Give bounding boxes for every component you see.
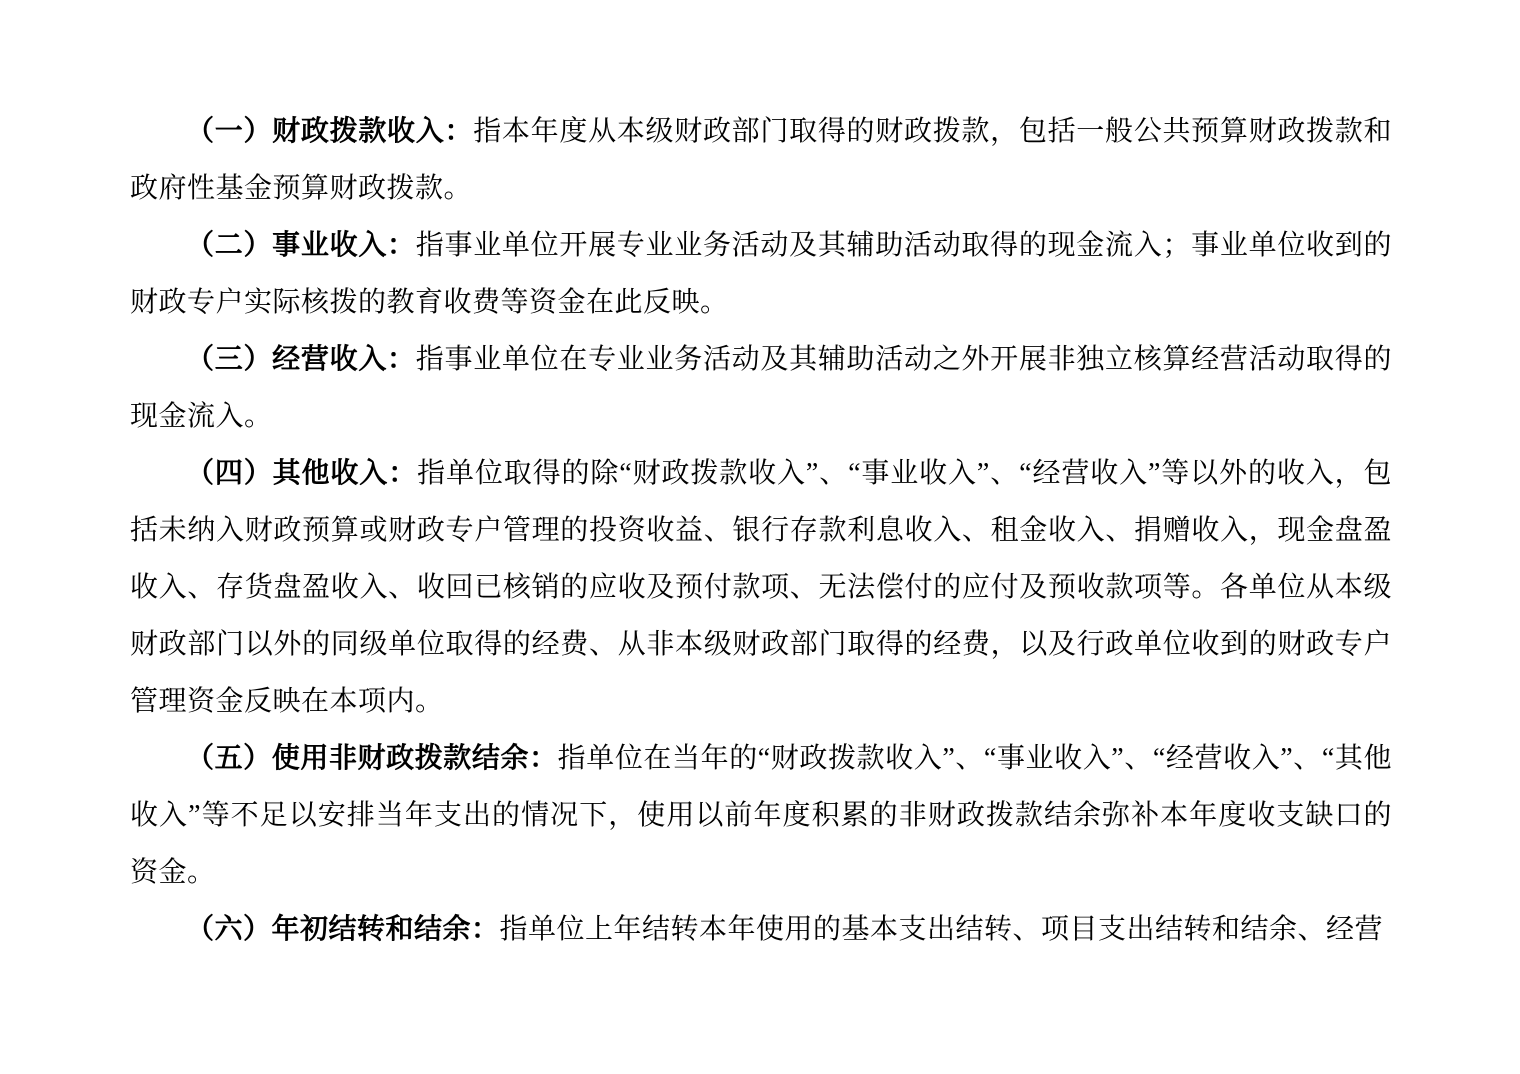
paragraph: （一）财政拨款收入：指本年度从本级财政部门取得的财政拨款，包括一般公共预算财政拨… bbox=[130, 103, 1392, 217]
paragraph: （六）年初结转和结余：指单位上年结转本年使用的基本支出结转、项目支出结转和结余、… bbox=[130, 901, 1392, 958]
paragraph-label: （一）财政拨款收入： bbox=[186, 116, 473, 147]
document-body: （一）财政拨款收入：指本年度从本级财政部门取得的财政拨款，包括一般公共预算财政拨… bbox=[130, 103, 1392, 958]
paragraph: （二）事业收入：指事业单位开展专业业务活动及其辅助活动取得的现金流入；事业单位收… bbox=[130, 217, 1392, 331]
document-page: （一）财政拨款收入：指本年度从本级财政部门取得的财政拨款，包括一般公共预算财政拨… bbox=[0, 0, 1520, 1074]
paragraph: （四）其他收入：指单位取得的除“财政拨款收入”、“事业收入”、“经营收入”等以外… bbox=[130, 445, 1392, 730]
paragraph-label: （六）年初结转和结余： bbox=[186, 914, 500, 945]
paragraph-label: （二）事业收入： bbox=[186, 230, 416, 261]
paragraph: （五）使用非财政拨款结余：指单位在当年的“财政拨款收入”、“事业收入”、“经营收… bbox=[130, 730, 1392, 901]
paragraph-body: 指单位上年结转本年使用的基本支出结转、项目支出结转和结余、经营 bbox=[500, 914, 1384, 945]
paragraph: （三）经营收入：指事业单位在专业业务活动及其辅助活动之外开展非独立核算经营活动取… bbox=[130, 331, 1392, 445]
paragraph-label: （五）使用非财政拨款结余： bbox=[186, 743, 558, 774]
paragraph-body: 指单位取得的除“财政拨款收入”、“事业收入”、“经营收入”等以外的收入，包括未纳… bbox=[130, 458, 1392, 717]
paragraph-label: （三）经营收入： bbox=[186, 344, 416, 375]
paragraph-label: （四）其他收入： bbox=[186, 458, 417, 489]
